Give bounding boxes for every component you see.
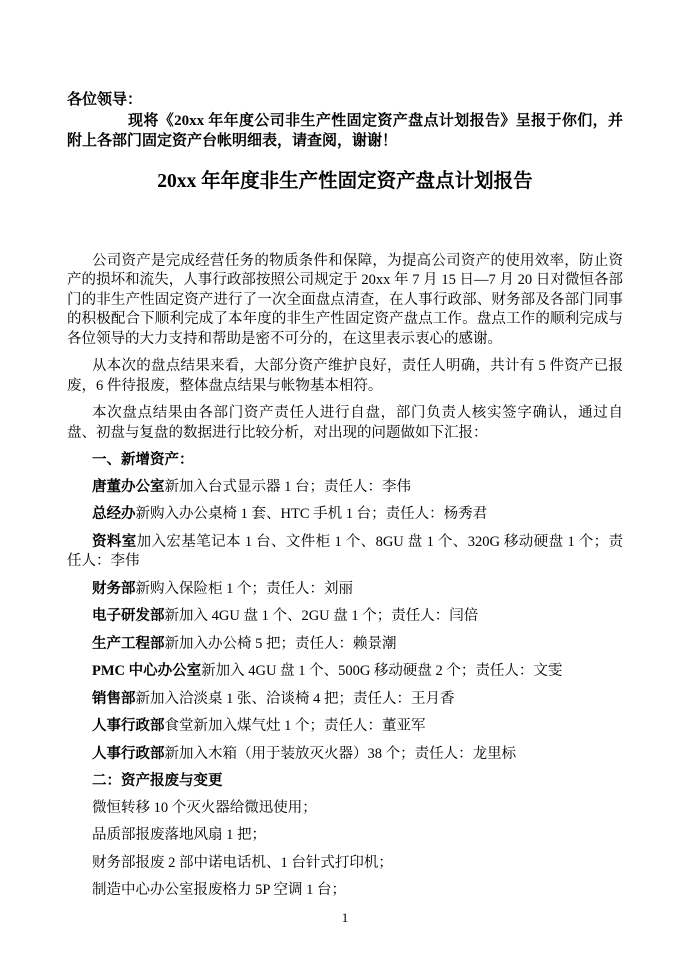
item-detail: 加入宏基笔记本 1 台、文件柜 1 个、8GU 盘 1 个、320G 移动硬盘 …	[67, 534, 623, 570]
disposal-item: 微恒转移 10 个灭火器给微迅使用；	[67, 799, 623, 819]
body-paragraph-1: 公司资产是完成经营任务的物质条件和保障，为提高公司资产的使用效率，防止资产的损坏…	[67, 252, 623, 350]
disposal-item: 财务部报废 2 部中诺电话机、1 台针式打印机；	[67, 854, 623, 874]
section-heading-disposal: 二：资产报废与变更	[67, 772, 623, 792]
item-detail: 新加入木箱（用于装放灭火器）38 个；责任人：龙里标	[165, 746, 517, 762]
body-paragraph-3: 本次盘点结果由各部门资产责任人进行自盘，部门负责人核实签字确认，通过自盘、初盘与…	[67, 404, 623, 443]
asset-item: PMC 中心办公室新加入 4GU 盘 1 个、500G 移动硬盘 2 个；责任人…	[67, 662, 623, 682]
document-title: 20xx 年年度非生产性固定资产盘点计划报告	[67, 169, 623, 195]
dept-name: 生产工程部	[92, 636, 165, 652]
dept-name: 人事行政部	[92, 718, 165, 734]
dept-name: 唐董办公室	[92, 479, 165, 495]
dept-name: PMC 中心办公室	[92, 663, 201, 679]
salutation: 各位领导：	[67, 90, 623, 111]
greeting-block: 各位领导： 现将《20xx 年年度公司非生产性固定资产盘点计划报告》呈报于你们，…	[67, 90, 623, 152]
item-detail: 新加入 4GU 盘 1 个、2GU 盘 1 个；责任人：闫倍	[165, 608, 479, 624]
item-detail: 新加入洽淡桌 1 张、洽谈椅 4 把；责任人：王月香	[136, 691, 455, 707]
asset-item: 资料室加入宏基笔记本 1 台、文件柜 1 个、8GU 盘 1 个、320G 移动…	[67, 533, 623, 572]
item-detail: 新购入办公桌椅 1 套、HTC 手机 1 台；责任人：杨秀君	[136, 506, 488, 522]
dept-name: 人事行政部	[92, 746, 165, 762]
asset-item: 电子研发部新加入 4GU 盘 1 个、2GU 盘 1 个；责任人：闫倍	[67, 607, 623, 627]
document-page: 各位领导： 现将《20xx 年年度公司非生产性固定资产盘点计划报告》呈报于你们，…	[0, 0, 690, 976]
asset-item: 销售部新加入洽淡桌 1 张、洽谈椅 4 把；责任人：王月香	[67, 690, 623, 710]
item-detail: 新加入台式显示器 1 台；责任人：李伟	[165, 479, 412, 495]
asset-item: 生产工程部新加入办公椅 5 把；责任人：赖景潮	[67, 635, 623, 655]
asset-item: 总经办新购入办公桌椅 1 套、HTC 手机 1 台；责任人：杨秀君	[67, 505, 623, 525]
asset-item: 唐董办公室新加入台式显示器 1 台；责任人：李伟	[67, 478, 623, 498]
section-heading-new-assets: 一、新增资产：	[67, 451, 623, 471]
disposal-item: 制造中心办公室报废格力 5P 空调 1 台；	[67, 881, 623, 901]
dept-name: 资料室	[92, 534, 137, 550]
item-detail: 新加入 4GU 盘 1 个、500G 移动硬盘 2 个；责任人：文雯	[201, 663, 562, 679]
asset-item: 人事行政部新加入木箱（用于装放灭火器）38 个；责任人：龙里标	[67, 745, 623, 765]
asset-item: 财务部新购入保险柜 1 个；责任人：刘丽	[67, 580, 623, 600]
dept-name: 总经办	[92, 506, 136, 522]
page-number: 1	[67, 910, 623, 925]
dept-name: 电子研发部	[92, 608, 165, 624]
dept-name: 销售部	[92, 691, 136, 707]
item-detail: 新购入保险柜 1 个；责任人：刘丽	[136, 581, 354, 597]
asset-item: 人事行政部食堂新加入煤气灶 1 个；责任人：董亚军	[67, 717, 623, 737]
intro-paragraph: 现将《20xx 年年度公司非生产性固定资产盘点计划报告》呈报于你们，并附上各部门…	[67, 111, 623, 152]
disposal-item: 品质部报废落地风扇 1 把；	[67, 826, 623, 846]
body-paragraph-2: 从本次的盘点结果来看，大部分资产维护良好，责任人明确，共计有 5 件资产已报废，…	[67, 357, 623, 396]
dept-name: 财务部	[92, 581, 136, 597]
item-detail: 食堂新加入煤气灶 1 个；责任人：董亚军	[165, 718, 426, 734]
item-detail: 新加入办公椅 5 把；责任人：赖景潮	[165, 636, 397, 652]
